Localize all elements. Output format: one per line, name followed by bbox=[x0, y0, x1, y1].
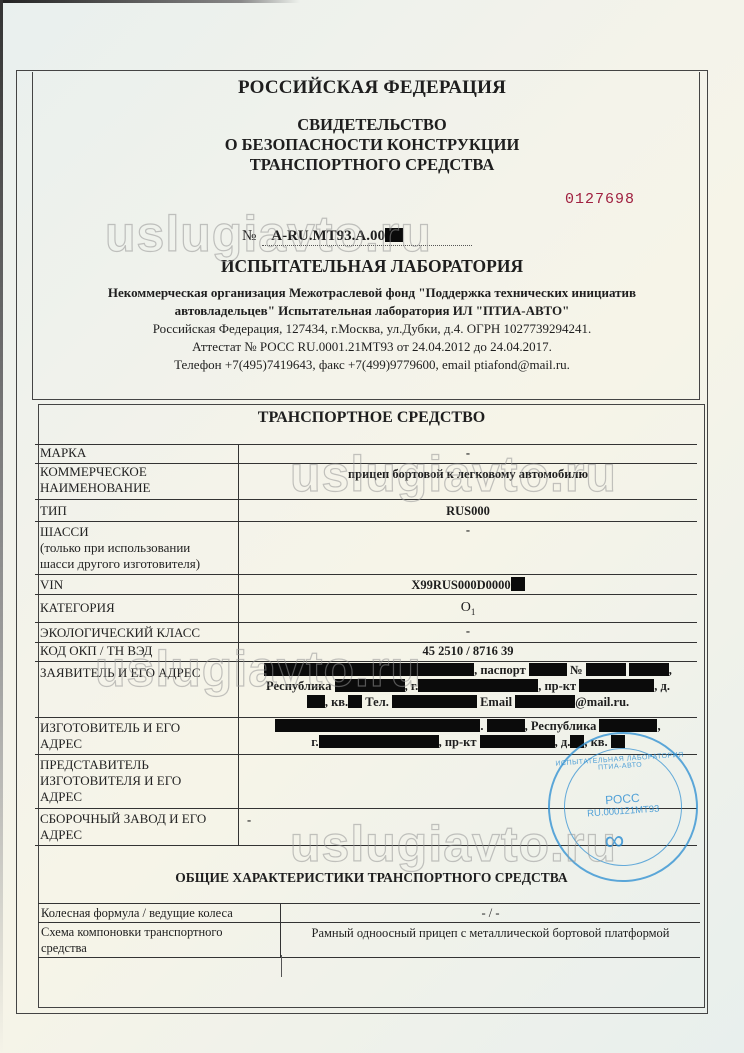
certificate-title: СВИДЕТЕЛЬСТВО О БЕЗОПАСНОСТИ КОНСТРУКЦИИ… bbox=[0, 115, 744, 175]
watermark: uslugiavto.ru bbox=[105, 205, 432, 263]
row-label: Схема компоновки транспортного средства bbox=[38, 923, 281, 958]
vin-value: X99RUS000D0000 bbox=[239, 575, 698, 595]
category-value: O1 bbox=[239, 595, 698, 623]
table-row: ШАССИ (только при использовании шасси др… bbox=[35, 522, 697, 575]
row-value: - bbox=[239, 522, 698, 575]
scan-edge bbox=[0, 0, 300, 3]
row-value: - / - bbox=[281, 904, 701, 923]
table-row: Колесная формула / ведущие колеса - / - bbox=[38, 904, 700, 923]
row-label: VIN bbox=[35, 575, 239, 595]
row-value: Рамный одноосный прицеп с металлической … bbox=[281, 923, 701, 958]
watermark: uslugiavto.ru bbox=[95, 640, 422, 698]
row-label: ПРЕДСТАВИТЕЛЬ ИЗГОТОВИТЕЛЯ И ЕГО АДРЕС bbox=[35, 755, 239, 809]
table-row: Схема компоновки транспортного средства … bbox=[38, 923, 700, 958]
country-title: РОССИЙСКАЯ ФЕДЕРАЦИЯ bbox=[0, 77, 744, 99]
column-divider bbox=[281, 955, 282, 977]
row-label: КАТЕГОРИЯ bbox=[35, 595, 239, 623]
row-label: ТИП bbox=[35, 500, 239, 522]
row-label: СБОРОЧНЫЙ ЗАВОД И ЕГО АДРЕС bbox=[35, 809, 239, 846]
row-label: КОММЕРЧЕСКОЕНАИМЕНОВАНИЕ bbox=[35, 464, 239, 500]
watermark: uslugiavto.ru bbox=[290, 445, 617, 503]
row-label: ШАССИ (только при использовании шасси др… bbox=[35, 522, 239, 575]
row-label: ИЗГОТОВИТЕЛЬ И ЕГО АДРЕС bbox=[35, 718, 239, 755]
row-label: МАРКА bbox=[35, 445, 239, 464]
row-label: Колесная формула / ведущие колеса bbox=[38, 904, 281, 923]
redaction bbox=[511, 577, 525, 591]
vehicle-section-title: ТРАНСПОРТНОЕ СРЕДСТВО bbox=[38, 409, 705, 427]
laboratory-details: Некоммерческая организация Межотраслевой… bbox=[0, 284, 744, 374]
characteristics-table: Колесная формула / ведущие колеса - / - … bbox=[38, 903, 700, 958]
table-row: VIN X99RUS000D0000 bbox=[35, 575, 697, 595]
serial-number: 0127698 bbox=[565, 191, 635, 208]
table-row: КАТЕГОРИЯ O1 bbox=[35, 595, 697, 623]
watermark: uslugiavto.ru bbox=[290, 815, 617, 873]
